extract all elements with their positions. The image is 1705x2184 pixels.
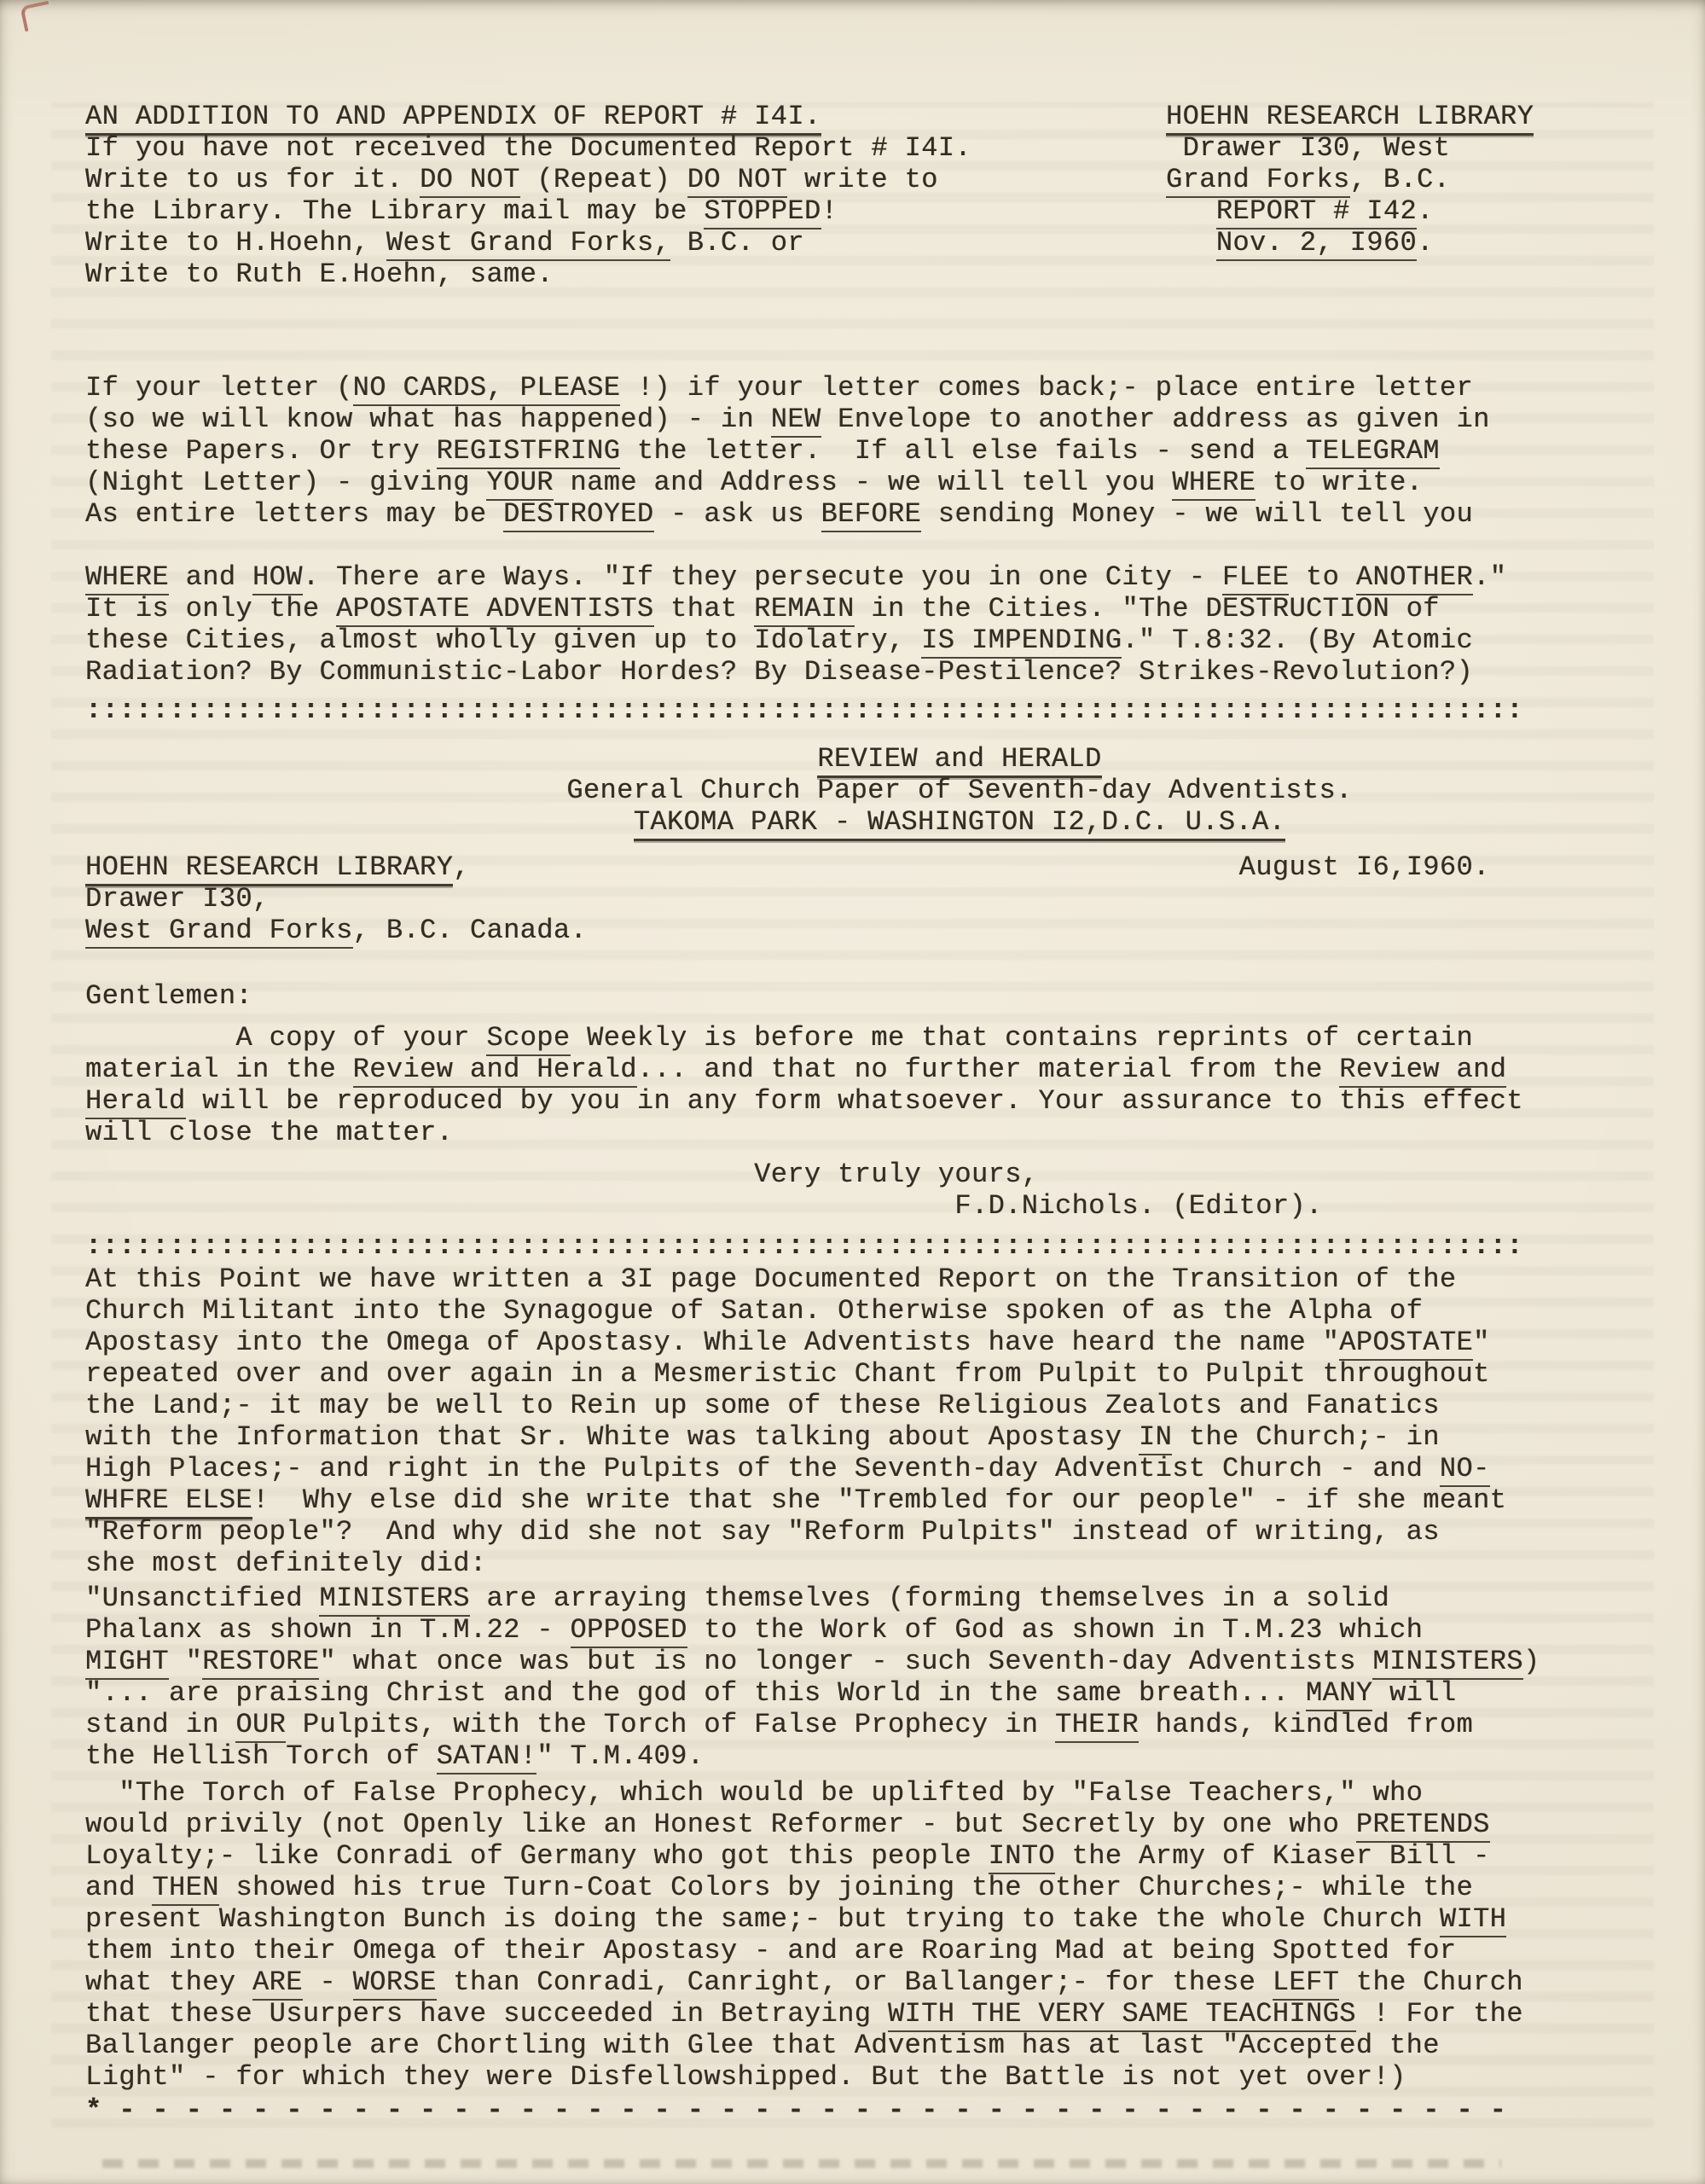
text-line: As entire letters may be DESTROYED - ask… bbox=[85, 498, 1629, 530]
text-line: and THEN showed his true Turn-Coat Color… bbox=[85, 1872, 1629, 1903]
text-line: HOEHN RESEARCH LIBRARY bbox=[1166, 101, 1534, 132]
text-line: REVIEW and HERALD bbox=[290, 743, 1629, 775]
typewritten-text: AN ADDITION TO AND APPENDIX OF REPORT # … bbox=[85, 101, 1629, 2126]
library-address-block: HOEHN RESEARCH LIBRARY Drawer I30, WestG… bbox=[1166, 101, 1534, 290]
text-line: she most definitely did: bbox=[85, 1548, 1629, 1579]
dashed-footer-rule: * - - - - - - - - - - - - - - - - - - - … bbox=[85, 2094, 1629, 2126]
text-line: WHFRE ELSE! Why else did she write that … bbox=[85, 1484, 1629, 1516]
colon-separator-2: ::::::::::::::::::::::::::::::::::::::::… bbox=[85, 1230, 1629, 1262]
red-ink-mark bbox=[20, 1, 53, 32]
text-line: the Library. The Library mail may be STO… bbox=[85, 195, 1166, 227]
text-line: (Night Letter) - giving YOUR name and Ad… bbox=[85, 467, 1629, 498]
text-line: If you have not received the Documented … bbox=[85, 132, 1166, 164]
text-line: (so we will know what has happened) - in… bbox=[85, 404, 1629, 435]
salutation: Gentlemen: bbox=[85, 980, 1629, 1012]
text-line: "Unsanctified MINISTERS are arraying the… bbox=[85, 1583, 1629, 1614]
text-line: would privily (not Openly like an Honest… bbox=[85, 1809, 1629, 1840]
text-line: HOEHN RESEARCH LIBRARY, August I6,I960. bbox=[85, 851, 1629, 883]
signoff: Very truly yours, F.D.Nichols. (Editor). bbox=[85, 1159, 1629, 1222]
text-line: Very truly yours, bbox=[85, 1159, 1629, 1190]
text-line: what they ARE - WORSE than Conradi, Canr… bbox=[85, 1966, 1629, 1998]
text-line: Phalanx as shown in T.M.22 - OPPOSED to … bbox=[85, 1614, 1629, 1646]
text-line: Loyalty;- like Conradi of Germany who go… bbox=[85, 1840, 1629, 1872]
text-line: WHERE and HOW. There are Ways. "If they … bbox=[85, 561, 1629, 593]
text-line: TAKOMA PARK - WASHINGTON I2,D.C. U.S.A. bbox=[290, 806, 1629, 838]
report-appendix-heading: AN ADDITION TO AND APPENDIX OF REPORT # … bbox=[85, 101, 1166, 290]
text-line: the Land;- it may be well to Rein up som… bbox=[85, 1390, 1629, 1421]
text-line: Drawer I30, West bbox=[1166, 132, 1534, 164]
text-line: that these Usurpers have succeeded in Be… bbox=[85, 1998, 1629, 2030]
text-line: with the Information that Sr. White was … bbox=[85, 1421, 1629, 1453]
bleed-through-dashes bbox=[102, 2159, 1501, 2168]
text-line: At this Point we have written a 3I page … bbox=[85, 1263, 1629, 1295]
text-line: repeated over and over again in a Mesmer… bbox=[85, 1358, 1629, 1390]
text-line: stand in OUR Pulpits, with the Torch of … bbox=[85, 1709, 1629, 1740]
text-line: MIGHT "RESTORE" what once was but is no … bbox=[85, 1646, 1629, 1677]
text-line: Write to us for it. DO NOT (Repeat) DO N… bbox=[85, 164, 1166, 195]
text-line: "... are praising Christ and the god of … bbox=[85, 1677, 1629, 1709]
sender-address-block: HOEHN RESEARCH LIBRARY, August I6,I960.D… bbox=[85, 851, 1629, 946]
text-line: Ballanger people are Chortling with Glee… bbox=[85, 2030, 1629, 2061]
letter-body: A copy of your Scope Weekly is before me… bbox=[85, 1022, 1629, 1148]
text-line: Drawer I30, bbox=[85, 883, 1629, 915]
text-line: the Hellish Torch of SATAN!" T.M.409. bbox=[85, 1740, 1629, 1772]
text-line: REPORT # I42. bbox=[1166, 195, 1534, 227]
text-line: It is only the APOSTATE ADVENTISTS that … bbox=[85, 593, 1629, 624]
text-line: West Grand Forks, B.C. Canada. bbox=[85, 915, 1629, 946]
text-line: Light" - for which they were Disfellowsh… bbox=[85, 2061, 1629, 2093]
text-line: these Cities, almost wholly given up to … bbox=[85, 624, 1629, 656]
text-line: "Reform people"? And why did she not say… bbox=[85, 1516, 1629, 1548]
text-line: material in the Review and Herald... and… bbox=[85, 1054, 1629, 1085]
paragraph-report-intro: At this Point we have written a 3I page … bbox=[85, 1263, 1629, 1579]
text-line: Write to H.Hoehn, West Grand Forks, B.C.… bbox=[85, 227, 1166, 258]
paragraph-mail-instructions: If your letter (NO CARDS, PLEASE !) if y… bbox=[85, 372, 1629, 530]
text-line: present Washington Bunch is doing the sa… bbox=[85, 1903, 1629, 1935]
text-line: If your letter (NO CARDS, PLEASE !) if y… bbox=[85, 372, 1629, 404]
review-herald-header: REVIEW and HERALDGeneral Church Paper of… bbox=[85, 743, 1629, 838]
text-line: AN ADDITION TO AND APPENDIX OF REPORT # … bbox=[85, 101, 1166, 132]
text-line: Church Militant into the Synagogue of Sa… bbox=[85, 1295, 1629, 1327]
text-line: Write to Ruth E.Hoehn, same. bbox=[85, 258, 1166, 290]
letterhead: AN ADDITION TO AND APPENDIX OF REPORT # … bbox=[85, 101, 1629, 290]
quote-unsanctified-ministers: "Unsanctified MINISTERS are arraying the… bbox=[85, 1583, 1629, 1772]
paragraph-persecution: WHERE and HOW. There are Ways. "If they … bbox=[85, 561, 1629, 688]
scanned-letter-page: AN ADDITION TO AND APPENDIX OF REPORT # … bbox=[0, 0, 1705, 2184]
text-line: High Places;- and right in the Pulpits o… bbox=[85, 1453, 1629, 1484]
text-line: Apostasy into the Omega of Apostasy. Whi… bbox=[85, 1327, 1629, 1358]
text-line: General Church Paper of Seventh-day Adve… bbox=[290, 775, 1629, 806]
text-line: Grand Forks, B.C. bbox=[1166, 164, 1534, 195]
text-line: will close the matter. bbox=[85, 1117, 1629, 1148]
text-line: Nov. 2, I960. bbox=[1166, 227, 1534, 258]
quote-torch-false-prophecy: "The Torch of False Prophecy, which woul… bbox=[85, 1777, 1629, 2093]
text-line: them into their Omega of their Apostasy … bbox=[85, 1935, 1629, 1966]
colon-separator: ::::::::::::::::::::::::::::::::::::::::… bbox=[85, 694, 1629, 726]
text-line: these Papers. Or try REGISTFRING the let… bbox=[85, 435, 1629, 467]
text-line: F.D.Nichols. (Editor). bbox=[85, 1190, 1629, 1222]
text-line: Herald will be reproduced by you in any … bbox=[85, 1085, 1629, 1117]
text-line: Radiation? By Communistic-Labor Hordes? … bbox=[85, 656, 1629, 688]
text-line: A copy of your Scope Weekly is before me… bbox=[85, 1022, 1629, 1054]
text-line: "The Torch of False Prophecy, which woul… bbox=[85, 1777, 1629, 1809]
